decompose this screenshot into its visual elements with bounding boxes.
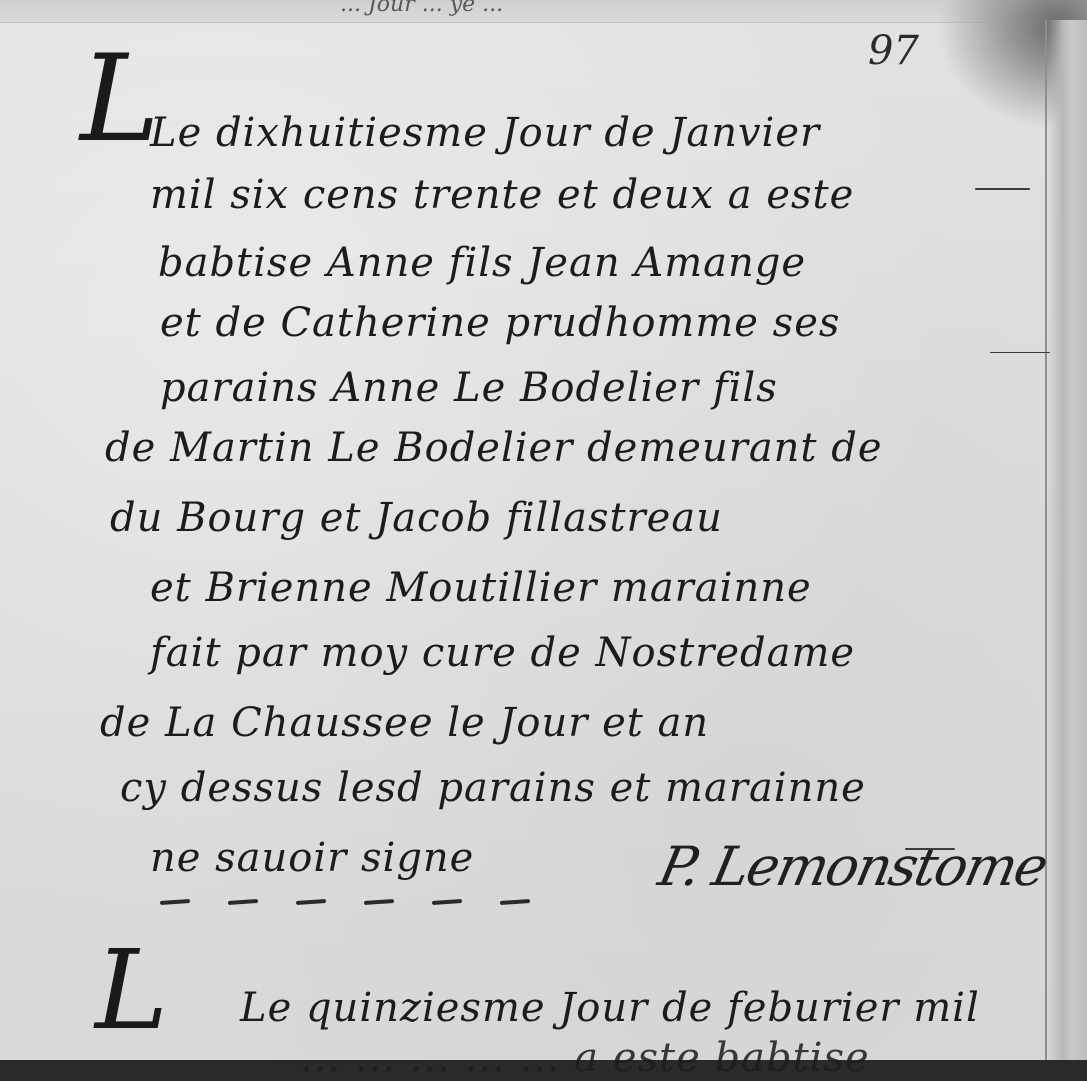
dash [500,899,530,905]
dash [296,899,326,905]
entry-1-line-5: parains Anne Le Bodelier fils [160,365,778,411]
entry-1-line-10: de La Chaussee le Jour et an [100,700,709,746]
entry-2-line-1: Le quinziesme Jour de feburier mil [240,985,980,1031]
entry-1-line-8: et Brienne Moutillier marainne [150,565,812,611]
entry-1-line-3: babtise Anne fils Jean Amange [158,240,806,286]
top-text-fragment: ... Jour ... ye ... [340,0,503,17]
entry-1-line-1: Le dixhuitiesme Jour de Janvier [150,110,820,156]
entry-1-line-11: cy dessus lesd parains et marainne [120,765,866,811]
dash [228,899,258,905]
line-filler-stroke [990,352,1050,353]
entry-1-line-4: et de Catherine prudhomme ses [160,300,840,346]
dash [364,899,394,905]
line-filler-stroke [975,188,1030,190]
entry-1-line-6: de Martin Le Bodelier demeurant de [105,425,883,471]
entry-2-line-2: ... ... ... ... ... a este babtise [300,1035,870,1060]
entry-1-line-12: ne sauoir signe [150,835,474,881]
curate-signature: P. Lemonstome [653,835,1052,898]
dash [432,899,462,905]
dash [160,899,190,905]
line-filler-stroke [905,848,955,850]
entry-1-line-2: mil six cens trente et deux a este [150,172,854,218]
previous-page-edge: ... Jour ... ye ... [0,0,1087,23]
register-page: ... Jour ... ye ... 97 L Le dixhuitiesme… [0,0,1087,1060]
entry-1-line-7: du Bourg et Jacob fillastreau [110,495,723,541]
entry-1-line-9: fait par moy cure de Nostredame [150,630,855,676]
entry-1-closing-dashes [160,900,530,904]
entry-1-initial: L [80,40,160,160]
page-right-edge [1045,20,1087,1060]
entry-2-initial: L [95,935,168,1045]
folio-number: 97 [868,28,919,74]
